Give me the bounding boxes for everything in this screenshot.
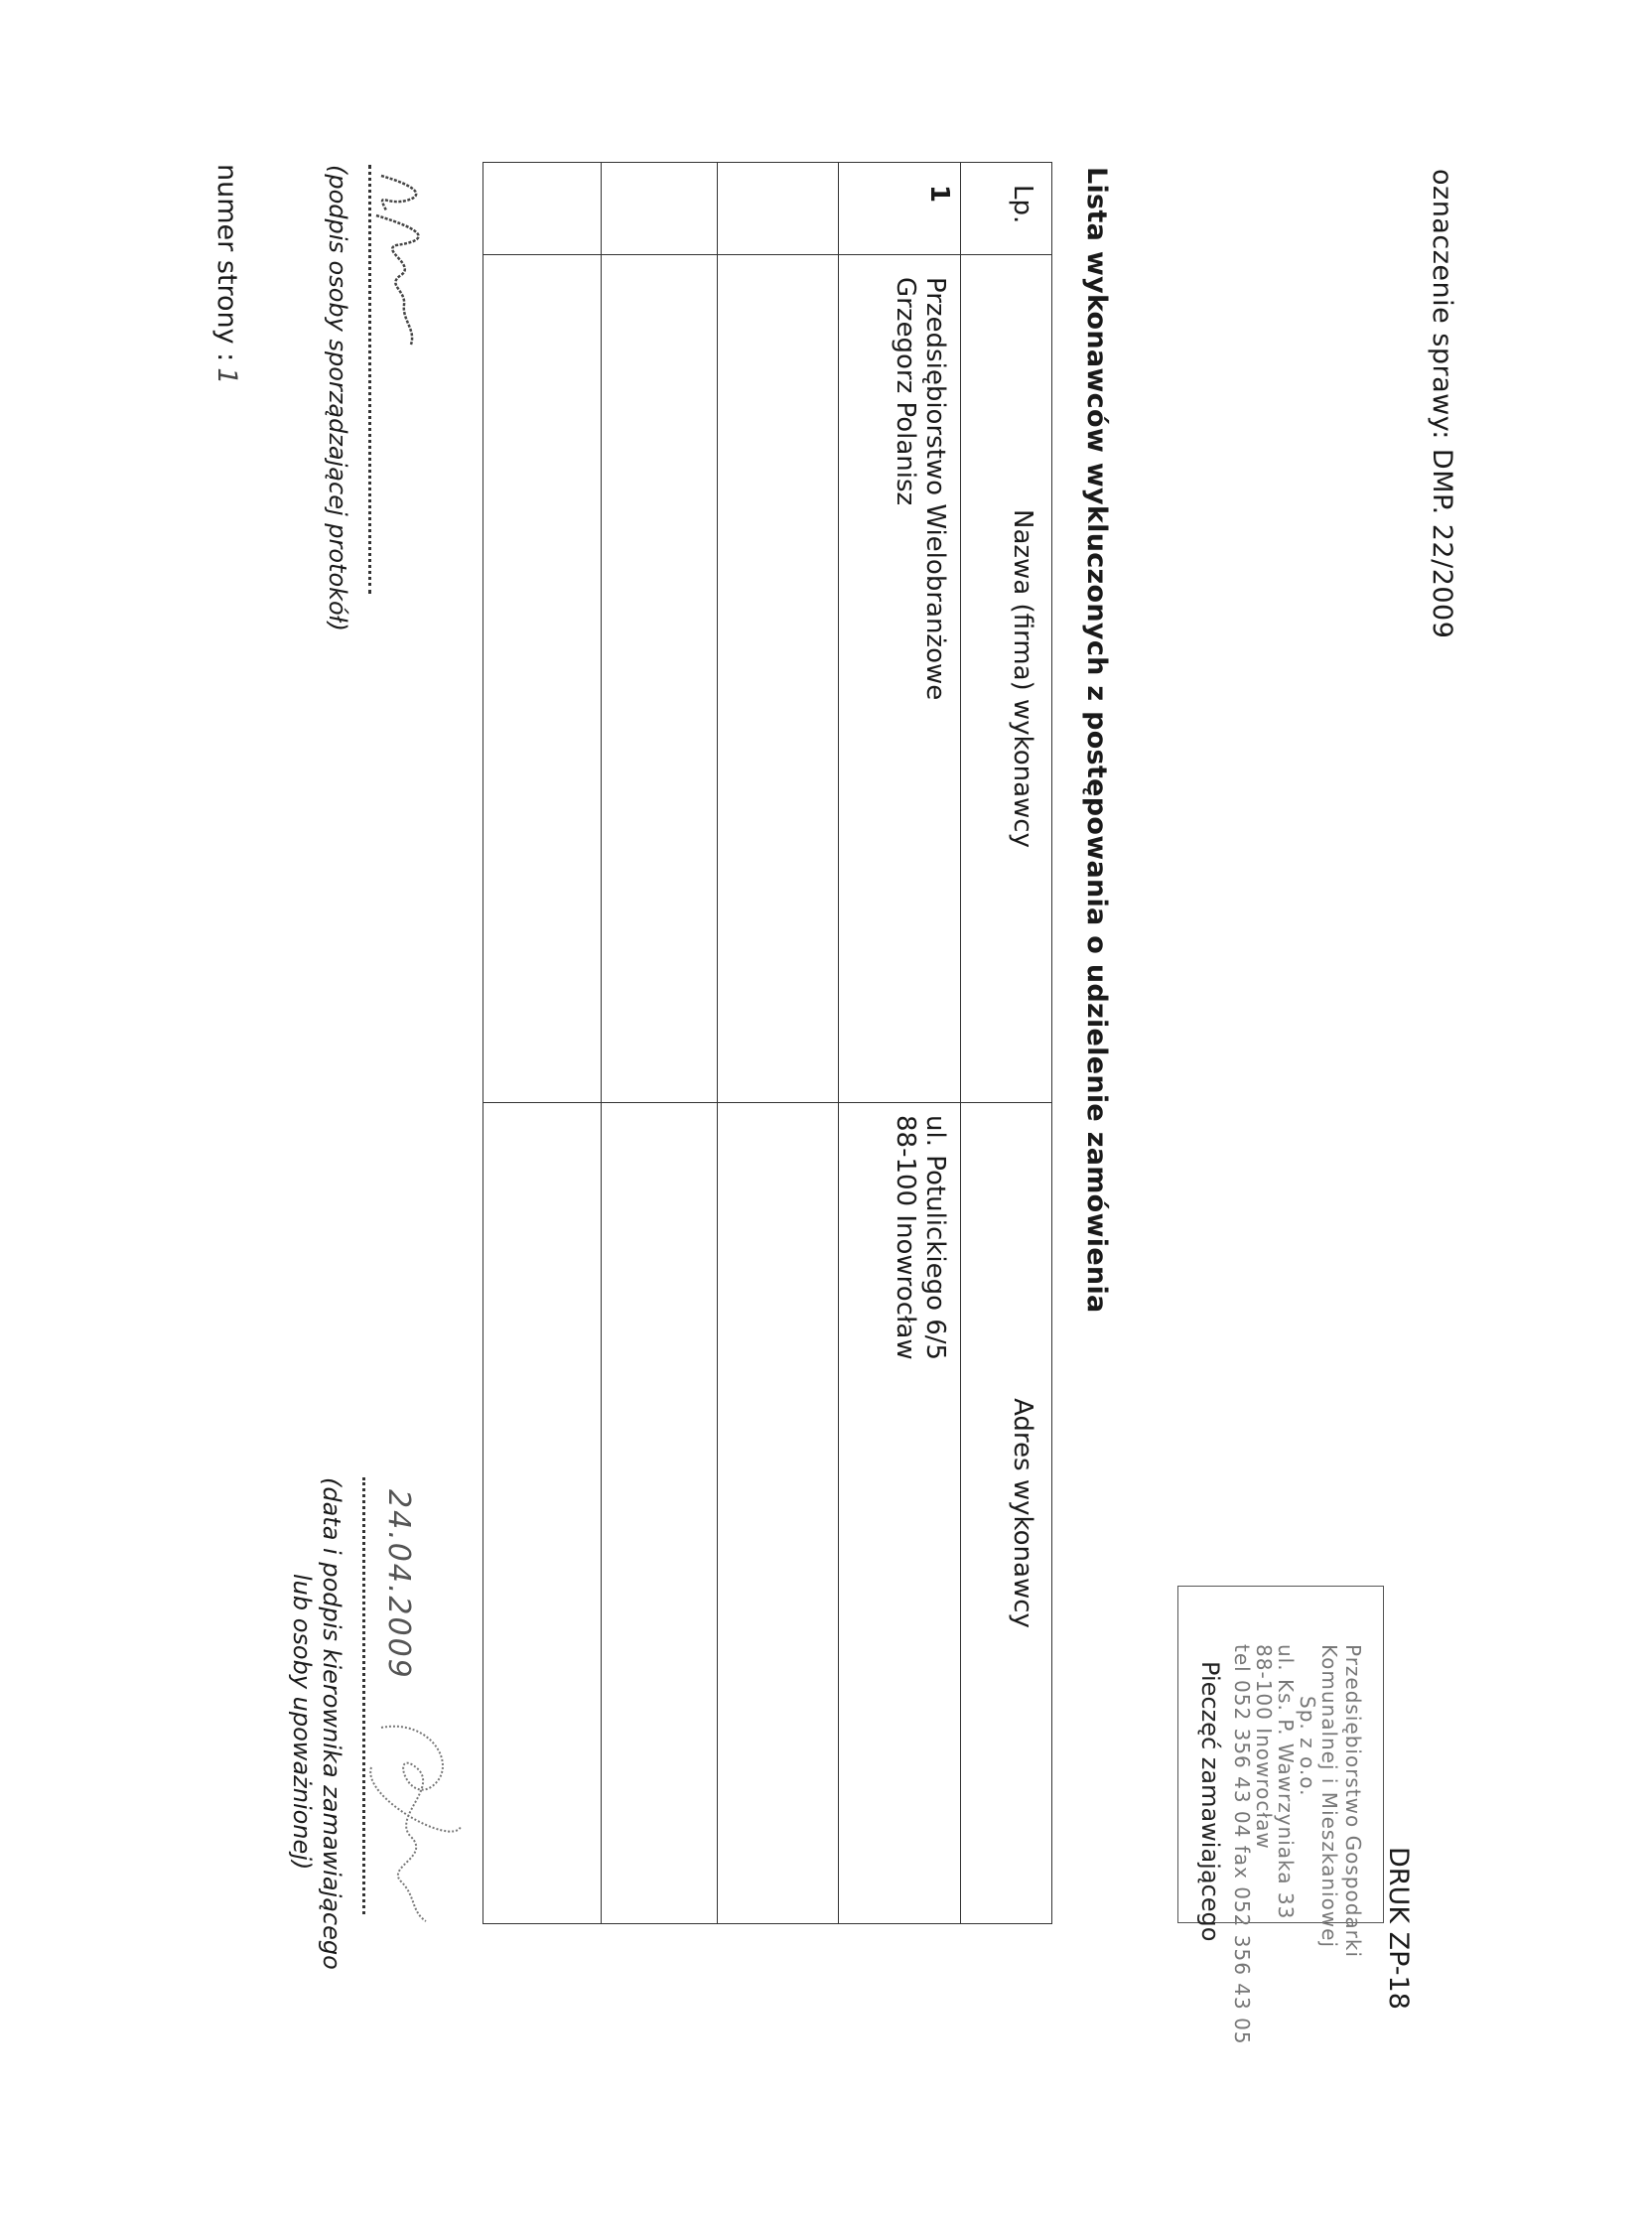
- table-header-row: Lp. Nazwa (firma) wykonawcy Adres wykona…: [961, 163, 1052, 1924]
- cell-address: [718, 1103, 839, 1924]
- cell-name: [483, 255, 602, 1103]
- signature-line-right: [362, 1477, 365, 1914]
- stamp-line: Komunalnej i Mieszkaniowej: [1317, 1644, 1341, 1948]
- document-page: oznaczenie sprawy: DMP. 22/2009 DRUK ZP-…: [0, 0, 1652, 2231]
- handwritten-signature-left: [366, 171, 436, 349]
- excluded-contractors-table: Lp. Nazwa (firma) wykonawcy Adres wykona…: [482, 162, 1052, 1924]
- table-row: [602, 163, 718, 1924]
- cell-lp: [483, 163, 602, 255]
- stamp-line: tel 052 356 43 04 fax 052 356 43 05: [1230, 1644, 1254, 2045]
- cell-lp: 1: [839, 163, 961, 255]
- signature-line-left: [368, 165, 371, 594]
- page-number: numer strony :1: [211, 164, 242, 384]
- column-header-lp: Lp.: [961, 163, 1052, 255]
- cell-address: [483, 1103, 602, 1924]
- stamp-line: 88-100 Inowrocław: [1252, 1644, 1276, 1850]
- table-row: [718, 163, 839, 1924]
- cell-name: [718, 255, 839, 1103]
- signature-caption-right: (data i podpis kierownika zamawiającego: [318, 1477, 345, 1970]
- column-header-name: Nazwa (firma) wykonawcy: [961, 255, 1052, 1103]
- handwritten-date: 24.04.2009: [381, 1489, 416, 1680]
- cell-address: [602, 1103, 718, 1924]
- page-number-label: numer strony :: [211, 164, 242, 361]
- handwritten-signature-right: [351, 1708, 471, 1926]
- cell-lp: [602, 163, 718, 255]
- column-header-address: Adres wykonawcy: [961, 1103, 1052, 1924]
- stamp-line: Sp. z o.o.: [1296, 1696, 1319, 1796]
- cell-lp: [718, 163, 839, 255]
- form-code: DRUK ZP-18: [1383, 1847, 1414, 2010]
- page-number-value: 1: [211, 367, 242, 384]
- cell-name: Przedsiębiorstwo Wielobranżowe Grzegorz …: [839, 255, 961, 1103]
- stamp-line: ul. Ks. P. Wawrzyniaka 33: [1274, 1644, 1298, 1919]
- signature-caption-left: (podpis osoby sporządzającej protokół): [324, 165, 351, 631]
- table-row: [483, 163, 602, 1924]
- cell-address: ul. Potulickiego 6/5 88-100 Inowrocław: [839, 1103, 961, 1924]
- company-stamp: Przedsiębiorstwo Gospodarki Komunalnej i…: [1177, 1586, 1384, 1923]
- stamp-line: Przedsiębiorstwo Gospodarki: [1341, 1644, 1365, 1958]
- cell-name: [602, 255, 718, 1103]
- table-row: 1 Przedsiębiorstwo Wielobranżowe Grzegor…: [839, 163, 961, 1924]
- stamp-caption: Pieczęć zamawiającego: [1196, 1661, 1224, 1941]
- document-title: Lista wykonawców wykluczonych z postępow…: [1081, 167, 1112, 1314]
- case-reference: oznaczenie sprawy: DMP. 22/2009: [1427, 169, 1457, 638]
- signature-caption-right-2: lub osoby upoważnionej): [288, 1574, 316, 1870]
